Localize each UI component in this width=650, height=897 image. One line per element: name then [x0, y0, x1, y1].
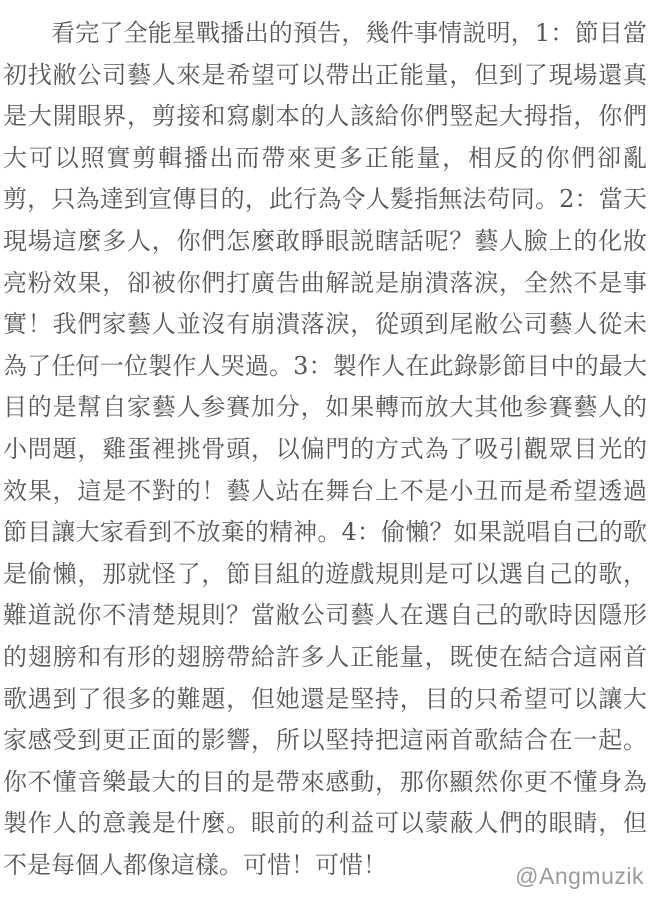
text-line: 製作人的意義是什麼。眼前的利益可以蒙蔽人們的眼睛，但 — [3, 803, 647, 845]
text-line: 節目讓大家看到不放棄的精神。4：偷懶？如果説唱自己的歌 — [3, 512, 647, 554]
text-line: 難道説你不清楚規則？當敝公司藝人在選自己的歌時因隱形 — [3, 595, 647, 637]
text-line: 看完了全能星戰播出的預告，幾件事情説明，1：節目當 — [3, 13, 647, 55]
text-line: 大可以照實剪輯播出而帶來更多正能量，相反的你們卻亂 — [3, 138, 647, 180]
statement-text: 看完了全能星戰播出的預告，幾件事情説明，1：節目當初找敝公司藝人來是希望可以帶出… — [0, 0, 650, 886]
text-line: 你不懂音樂最大的目的是帶來感動，那你顯然你更不懂身為 — [3, 762, 647, 804]
text-line: 目的是幫自家藝人参賽加分，如果轉而放大其他参賽藝人的 — [3, 387, 647, 429]
text-line: 的翅膀和有形的翅膀帶給許多人正能量，既使在結合這兩首 — [3, 637, 647, 679]
statement-document: 看完了全能星戰播出的預告，幾件事情説明，1：節目當初找敝公司藝人來是希望可以帶出… — [0, 0, 650, 897]
text-line: 初找敝公司藝人來是希望可以帶出正能量，但到了現場還真 — [3, 55, 647, 97]
watermark-credit: @Angmuzik — [515, 863, 644, 890]
text-line: 是偷懶，那就怪了，節目組的遊戲規則是可以選自己的歌， — [3, 554, 647, 596]
text-line: 是大開眼界，剪接和寫劇本的人該給你們竪起大拇指，你們 — [3, 96, 647, 138]
text-line: 小問題，雞蛋裡挑骨頭，以偏門的方式為了吸引觀眾目光的 — [3, 429, 647, 471]
text-line: 效果，這是不對的！藝人站在舞台上不是小丑而是希望透過 — [3, 471, 647, 513]
text-line: 家感受到更正面的影響，所以堅持把這兩首歌結合在一起。 — [3, 720, 647, 762]
text-line: 歌遇到了很多的難題，但她還是堅持，目的只希望可以讓大 — [3, 679, 647, 721]
text-line: 亮粉效果，卻被你們打廣告曲解説是崩潰落淚，全然不是事 — [3, 263, 647, 305]
text-line: 剪，只為達到宣傳目的，此行為令人髮指無法苟同。2：當天 — [3, 179, 647, 221]
text-line: 為了任何一位製作人哭過。3：製作人在此錄影節目中的最大 — [3, 346, 647, 388]
text-line: 現場這麼多人，你們怎麼敢睜眼説瞎話呢？藝人臉上的化妝 — [3, 221, 647, 263]
text-line: 實！我們家藝人並沒有崩潰落淚，從頭到尾敝公司藝人從未 — [3, 304, 647, 346]
